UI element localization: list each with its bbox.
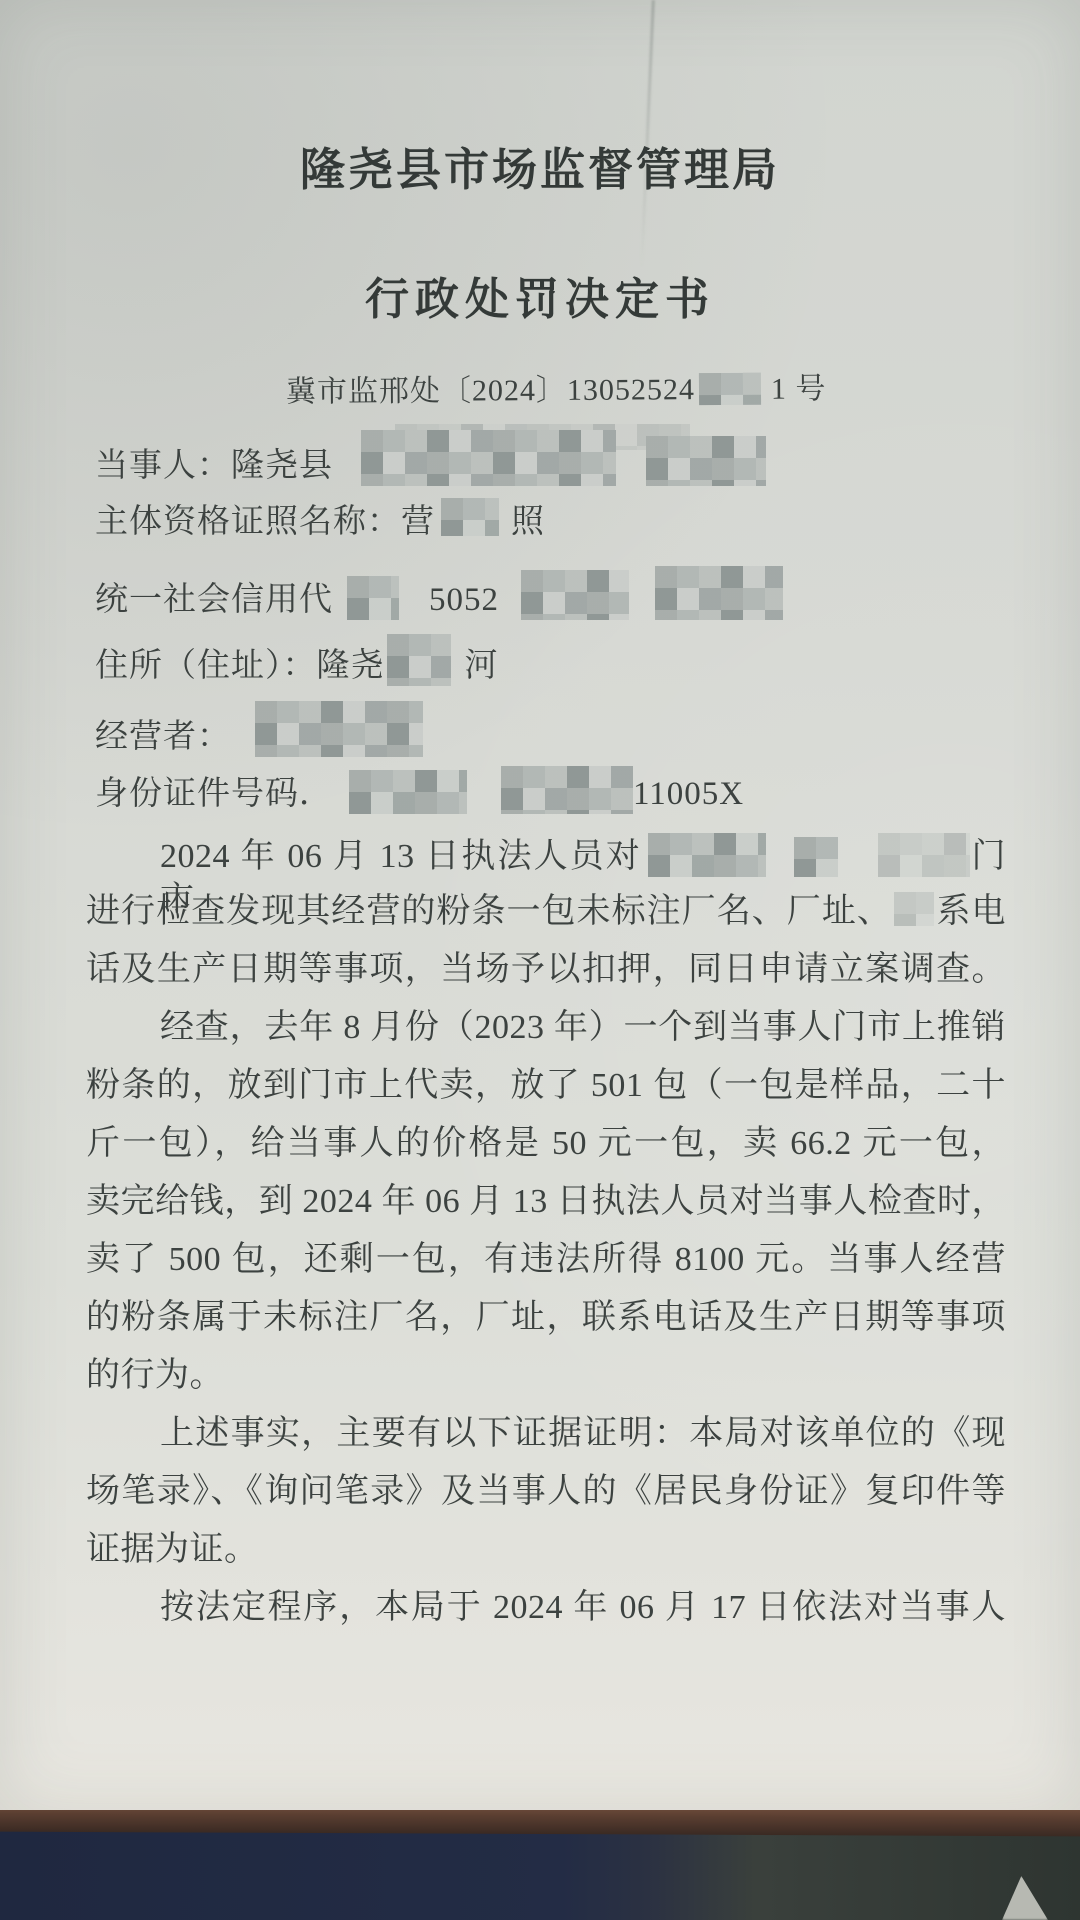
field-address-suffix: 河 [465, 648, 499, 684]
redaction-mosaic [521, 570, 629, 620]
field-credit-code: 统一社会信用代5052 [95, 566, 783, 621]
body-text: 进行检查发现其经营的粉条一包未标注厂名、厂址、 [86, 893, 892, 930]
body-text: 系电 [936, 893, 1006, 930]
redaction-mosaic [347, 576, 399, 620]
field-id-visible: 11005X [633, 776, 744, 812]
redaction-mosaic [794, 837, 838, 877]
redaction-mosaic [646, 436, 766, 486]
field-license-suffix: 照 [511, 504, 545, 540]
field-license: 主体资格证照名称：营照 [95, 498, 545, 543]
redaction-mosaic [361, 430, 616, 486]
body-line-p3-1: 上述事实，主要有以下证据证明：本局对该单位的《现 [160, 1413, 1006, 1456]
field-party: 当事人：隆尧县 [95, 430, 766, 487]
redaction-mosaic [441, 498, 499, 536]
redaction-mosaic [894, 892, 934, 926]
doc-number-suffix: 1 号 [771, 372, 827, 405]
field-id-label: 身份证件号码． [95, 776, 333, 812]
body-text: 2024 年 06 月 13 日执法人员对 [160, 838, 642, 875]
body-line-p2-2: 粉条的，放到门市上代卖，放了 501 包（一包是样品，二十 [86, 1065, 1006, 1108]
field-address-label: 住所（住址）： [95, 648, 317, 684]
body-line-p2-3: 斤一包），给当事人的价格是 50 元一包，卖 66.2 元一包， [86, 1123, 1006, 1166]
field-operator-label: 经营者： [95, 719, 231, 755]
body-line-p3-2: 场笔录》、《询问笔录》及当事人的《居民身份证》复印件等 [86, 1471, 1006, 1514]
redaction-mosaic [255, 701, 423, 757]
redaction-mosaic [699, 373, 761, 405]
body-line-p2-5: 卖了 500 包，还剩一包，有违法所得 8100 元。当事人经营 [86, 1239, 1006, 1282]
paper-crease [640, 0, 655, 268]
body-line-p3-3: 证据为证。 [86, 1529, 1006, 1572]
body-line-p1-3: 话及生产日期等事项，当场予以扣押，同日申请立案调查。 [86, 949, 1006, 992]
body-line-p4-1: 按法定程序，本局于 2024 年 06 月 17 日依法对当事人 [160, 1587, 1006, 1630]
doc-number: 冀市监邢处〔2024〕130525241 号 [286, 370, 827, 411]
field-license-label: 主体资格证照名称： [95, 504, 401, 540]
redaction-mosaic [655, 566, 783, 620]
agency-title: 隆尧县市场监督管理局 [0, 142, 1080, 198]
doc-type-title: 行政处罚决定书 [0, 272, 1080, 327]
field-id-number: 身份证件号码．11005X [95, 766, 744, 815]
field-address: 住所（住址）：隆尧河 [95, 634, 499, 687]
field-license-prefix: 营 [401, 504, 435, 540]
body-line-p2-1: 经查，去年 8 月份（2023 年）一个到当事人门市上推销 [160, 1007, 1006, 1050]
redaction-mosaic [349, 770, 467, 814]
field-party-value: 隆尧县 [231, 448, 333, 484]
redaction-mosaic [648, 833, 766, 877]
field-credit-code-visible: 5052 [429, 582, 499, 618]
field-operator: 经营者： [95, 701, 423, 758]
doc-number-prefix: 冀市监邢处〔2024〕13052524 [286, 373, 695, 408]
field-party-label: 当事人： [95, 448, 231, 484]
body-line-p2-6: 的粉条属于未标注厂名，厂址，联系电话及生产日期等事项 [86, 1297, 1006, 1340]
body-line-p1-2: 进行检查发现其经营的粉条一包未标注厂名、厂址、系电 [86, 891, 1006, 934]
document-photo-paper: 隆尧县市场监督管理局 行政处罚决定书 冀市监邢处〔2024〕130525241 … [0, 0, 1080, 1810]
field-address-prefix: 隆尧 [317, 648, 385, 684]
redaction-mosaic [878, 833, 970, 877]
body-line-p2-7: 的行为。 [86, 1355, 1006, 1398]
redaction-mosaic [501, 766, 633, 814]
field-credit-code-label: 统一社会信用代 [95, 582, 333, 618]
body-line-p2-4: 卖完给钱，到 2024 年 06 月 13 日执法人员对当事人检查时， [86, 1181, 1006, 1224]
redaction-mosaic [387, 634, 451, 686]
